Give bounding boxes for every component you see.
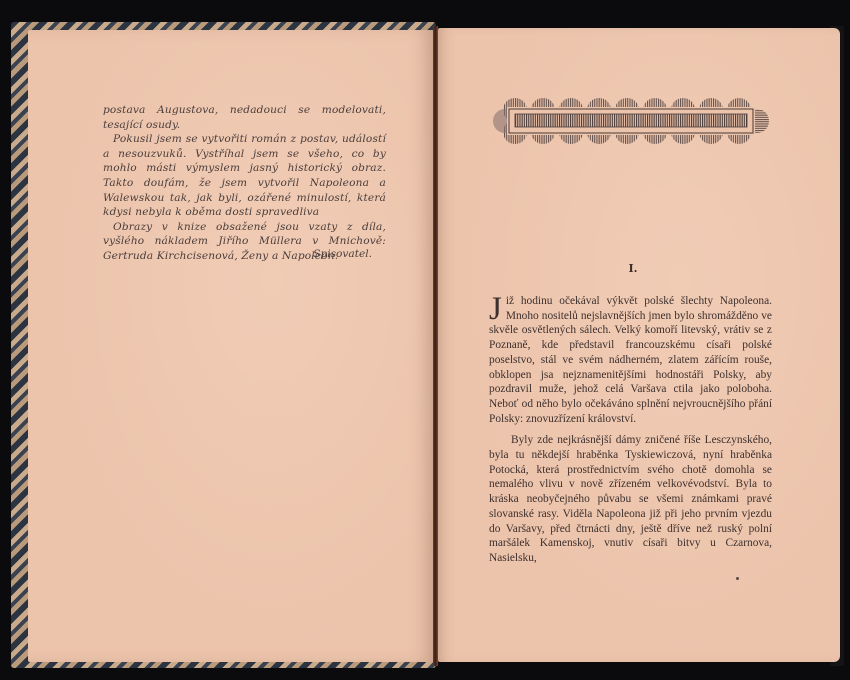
drop-cap: J: [489, 296, 502, 323]
paragraph: Již hodinu očekával výkvět polské šlecht…: [489, 294, 772, 426]
paragraph: Byly zde nejkrásnější dámy zničené říše …: [489, 433, 772, 565]
page-speck: [736, 577, 739, 580]
ornament-header-icon: [493, 97, 769, 145]
paragraph-text: iž hodinu očekával výkvět polské šlechty…: [489, 295, 772, 425]
left-page-text: postava Augustova, nedadouci se modelova…: [103, 103, 386, 264]
paragraph: Pokusil jsem se vytvořiti román z postav…: [103, 132, 386, 220]
chapter-number: I.: [618, 262, 648, 275]
right-page-text: Již hodinu očekával výkvět polské šlecht…: [489, 294, 772, 566]
author-signature: Spisovatel.: [300, 248, 372, 260]
paragraph: postava Augustova, nedadouci se modelova…: [103, 103, 386, 132]
